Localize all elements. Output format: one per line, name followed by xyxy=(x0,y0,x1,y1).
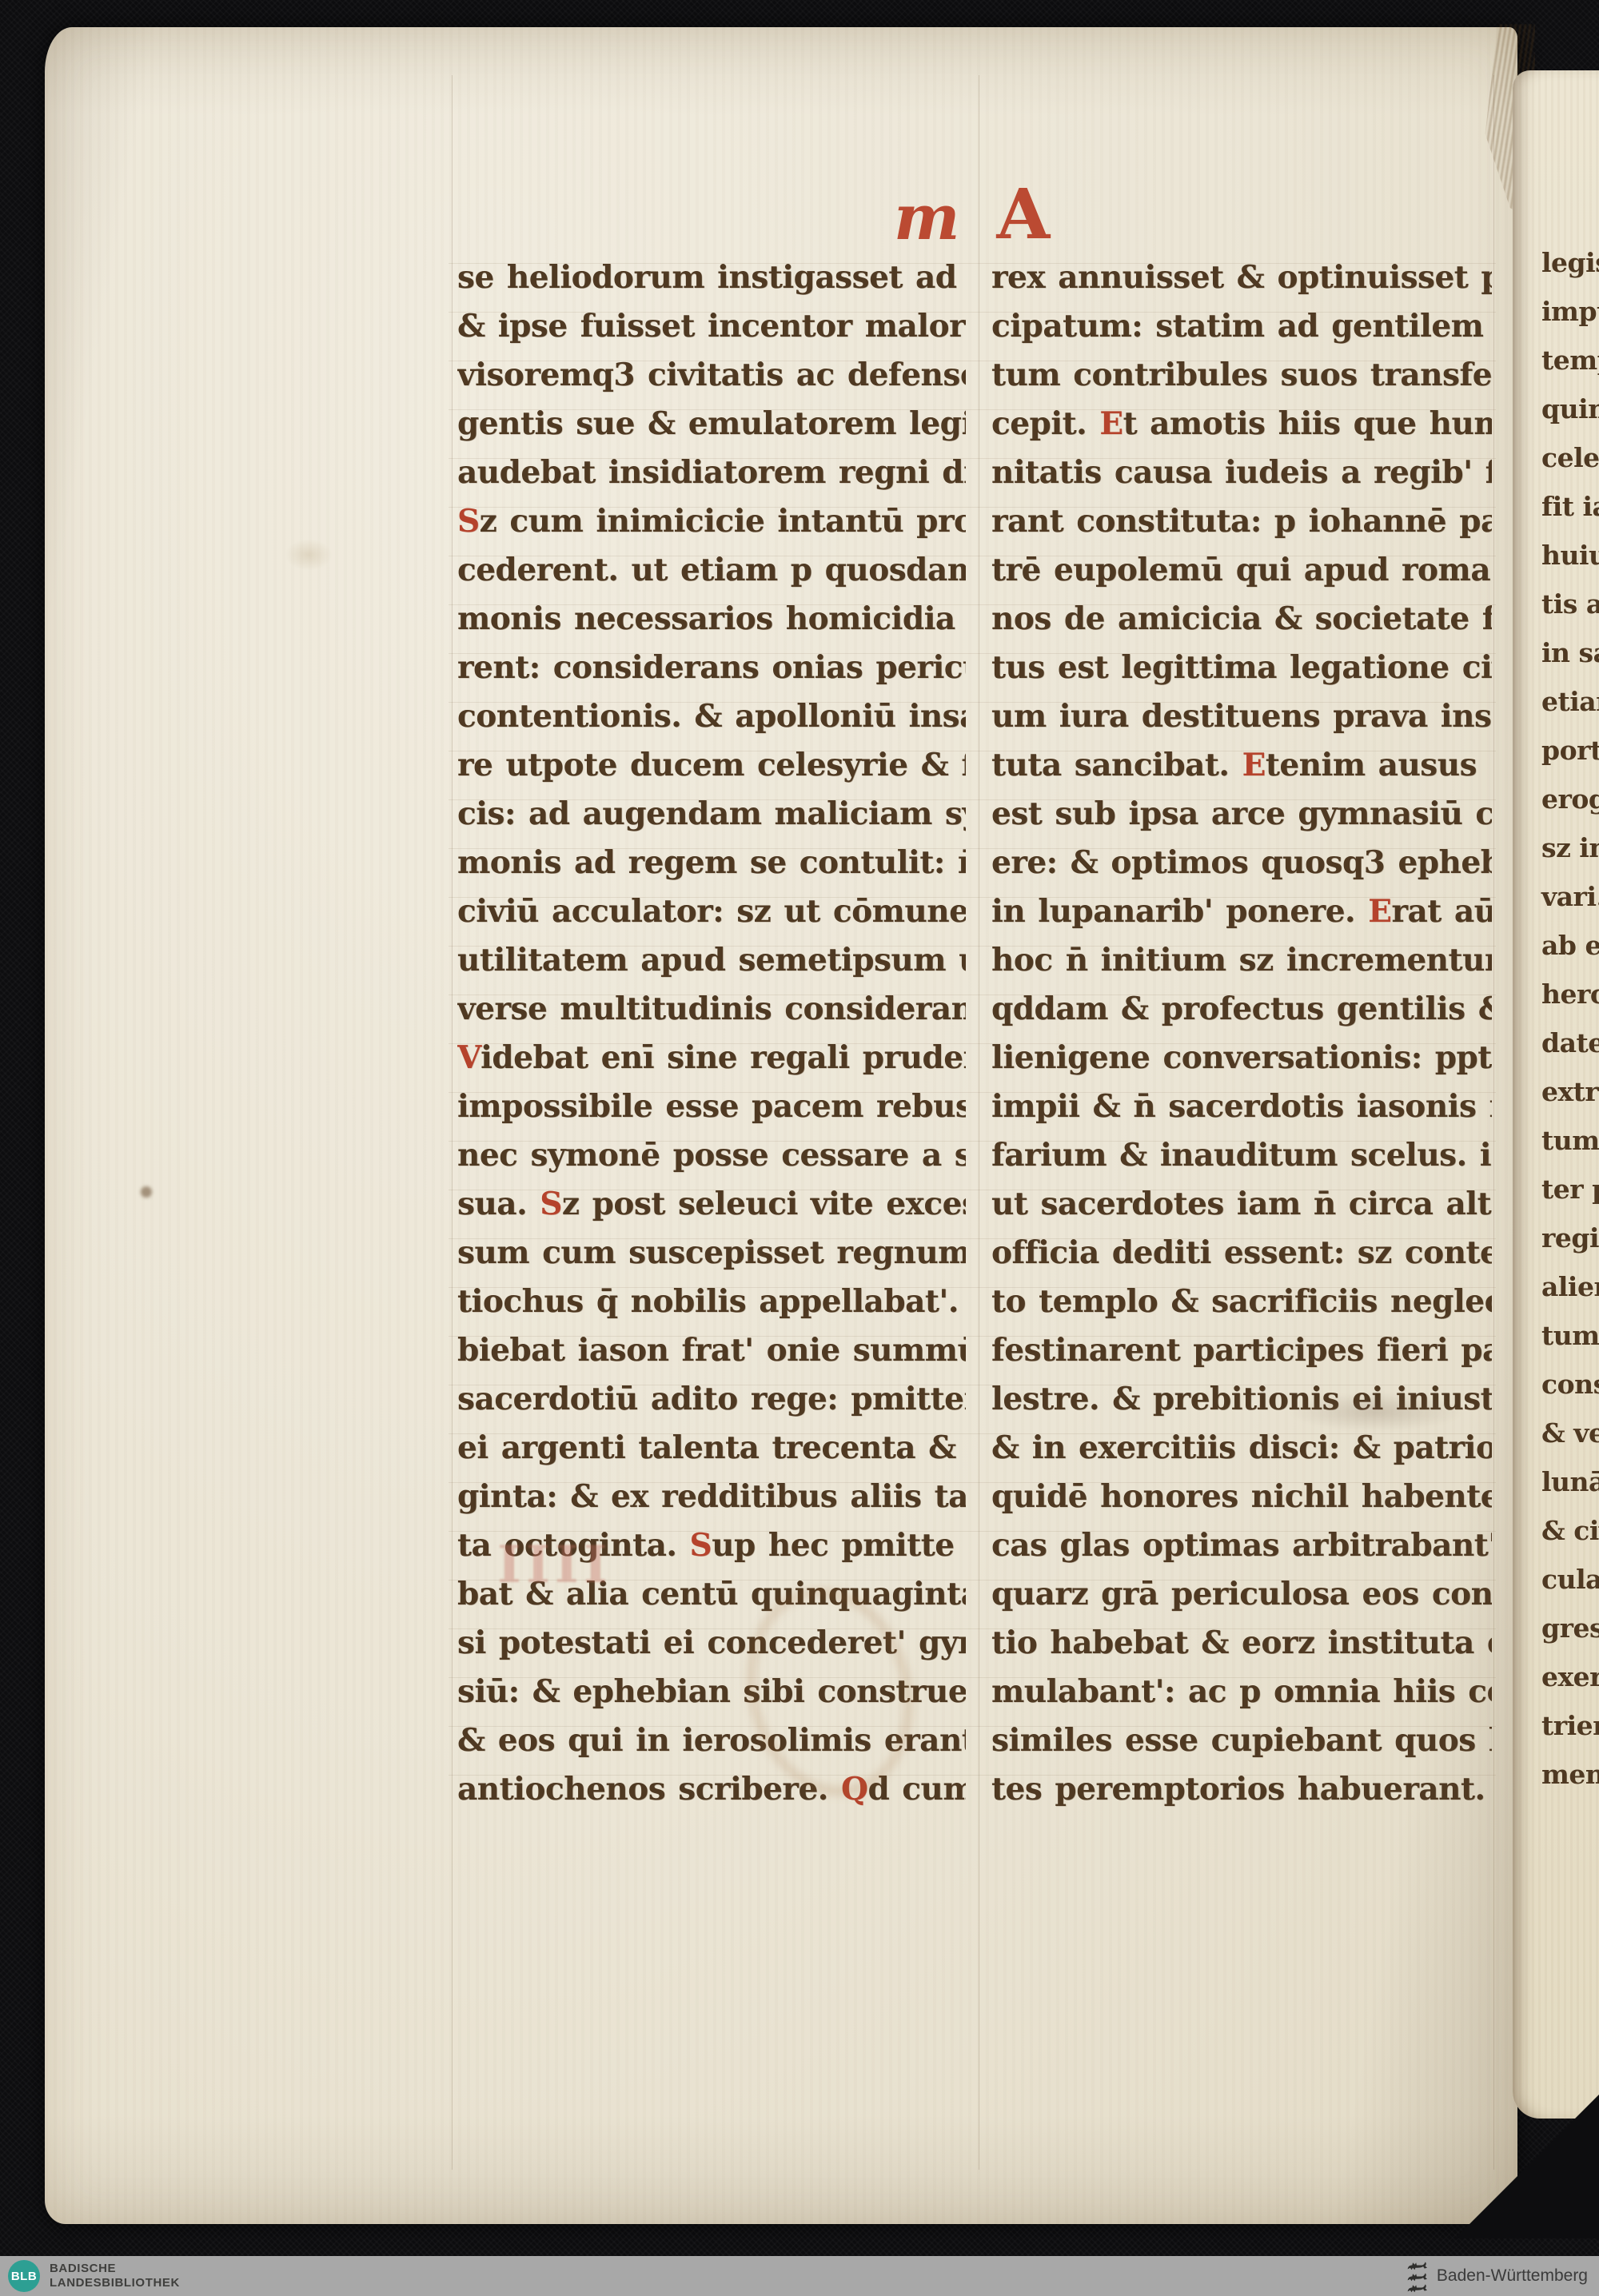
text-line: rant constituta: p iohannē pa xyxy=(991,498,1492,547)
text-line: extremiū xyxy=(1541,1069,1599,1118)
text-line: tum apo xyxy=(1541,1118,1599,1166)
text-line: tio habebat & eorz instituta e xyxy=(991,1620,1492,1668)
text-line: menelaum xyxy=(1541,1752,1599,1800)
text-line: & civitat xyxy=(1541,1508,1599,1557)
text-line: civiū acculator: sz ut cōmunem xyxy=(457,888,966,937)
ruled-gutter-line xyxy=(979,75,979,2170)
text-line: & ipse fuisset incentor malorz. Pro xyxy=(457,303,966,352)
text-line: date sum xyxy=(1541,1020,1599,1069)
text-line: impossibile esse pacem rebus dari: xyxy=(457,1083,966,1132)
text-line: gressus e xyxy=(1541,1605,1599,1654)
text-line: contentionis. & apolloniū insani xyxy=(457,693,966,742)
text-line: etiam r xyxy=(1541,679,1599,727)
text-line: tiochus q̄ nobilis appellabat'. am xyxy=(457,1278,966,1327)
text-line: mulabant': ac p omnia hiis cō xyxy=(991,1668,1492,1717)
text-line: sacerdotiū adito rege: pmittens xyxy=(457,1376,966,1425)
library-name-line1: BADISCHE xyxy=(50,2262,180,2276)
text-line: monis necessarios homicidia fie xyxy=(457,596,966,644)
text-line: cis: ad augendam maliciam sy xyxy=(457,791,966,839)
text-column-right: rex annuisset & optinuisset p'ncipatum: … xyxy=(991,254,1492,1845)
text-line: tum contribules suos transferre xyxy=(991,352,1492,401)
rubricated-initial: S xyxy=(690,1527,712,1564)
text-line: & in exercitiis disci: & patrios xyxy=(991,1425,1492,1473)
text-line: sum cum suscepisset regnum an xyxy=(457,1230,966,1278)
text-line: in sacri xyxy=(1541,630,1599,679)
text-line: consulere xyxy=(1541,1361,1599,1410)
text-line: nec symonē posse cessare a stulticia xyxy=(457,1132,966,1181)
text-line: rex annuisset & optinuisset p'n xyxy=(991,254,1492,303)
text-line: quidē honores nichil habentes gre xyxy=(991,1473,1492,1522)
text-line: triennū te xyxy=(1541,1703,1599,1752)
state-label: Baden-Württemberg xyxy=(1437,2266,1588,2286)
text-line: trē eupolemū qui apud roma xyxy=(991,547,1492,596)
baden-wuerttemberg-logo: Baden-Württemberg xyxy=(1405,2260,1588,2293)
text-line: hoc n̄ initium sz incrementum xyxy=(991,937,1492,986)
text-line: alienū l xyxy=(1541,1264,1599,1313)
ruled-margin-line xyxy=(1493,75,1494,2170)
text-line: sua. Sz post seleuci vite exces xyxy=(457,1181,966,1230)
text-line: biebat iason frat' onie summū xyxy=(457,1327,966,1376)
text-line: legis er xyxy=(1541,240,1599,289)
text-line: impuni xyxy=(1541,289,1599,337)
credit-bar: BLB BADISCHE LANDESBIBLIOTHEK Baden-Würt… xyxy=(0,2256,1599,2296)
text-line: Sz cum inimicicie intantū pro xyxy=(457,498,966,547)
blb-logo-icon: BLB xyxy=(8,2260,40,2292)
text-line: utilitatem apud semetipsum uni xyxy=(457,937,966,986)
text-line: tempus xyxy=(1541,337,1599,386)
running-header-letter-m: m xyxy=(894,187,960,249)
text-line: quinqu xyxy=(1541,386,1599,435)
rubricated-initial: S xyxy=(540,1186,562,1222)
ruled-margin-line xyxy=(452,75,453,2170)
text-line: ginta: & ex redditibus aliis talen xyxy=(457,1473,966,1522)
rubricated-initial: S xyxy=(457,503,480,540)
rubricated-initial: E xyxy=(1099,405,1122,442)
text-line: nos de amicicia & societate func xyxy=(991,596,1492,644)
text-line: farium & inauditum scelus. ita xyxy=(991,1132,1492,1181)
text-line: sz in ali xyxy=(1541,825,1599,874)
text-line: herculis xyxy=(1541,971,1599,1020)
text-line: monis ad regem se contulit: n̄ ut xyxy=(457,839,966,888)
faded-chapter-numeral: IIII xyxy=(497,1535,612,1595)
text-line: vari. S xyxy=(1541,874,1599,923)
speck-stain xyxy=(141,1186,152,1198)
text-line: verse multitudinis considerans. xyxy=(457,986,966,1034)
text-line: ut sacerdotes iam n̄ circa altaris xyxy=(991,1181,1492,1230)
next-page-edge: legis erimpunitempusquinqucelebrattefit … xyxy=(1513,70,1599,2119)
baden-wuerttemberg-coat-of-arms-icon xyxy=(1405,2260,1429,2293)
text-line: tes peremptorios habuerant. In xyxy=(991,1766,1492,1815)
text-line: impii & n̄ sacerdotis iasonis ne xyxy=(991,1083,1492,1132)
library-name: BADISCHE LANDESBIBLIOTHEK xyxy=(50,2262,180,2290)
text-column-left: se heliodorum instigasset ad hec& ipse f… xyxy=(457,254,966,1845)
text-line: fit iason xyxy=(1541,484,1599,532)
text-line: antiochenos scribere. Qd cum xyxy=(457,1766,966,1815)
text-line: visoremq3 civitatis ac defensorem xyxy=(457,352,966,401)
next-page-text-fragments: legis erimpunitempusquinqucelebrattefit … xyxy=(1541,240,1599,1800)
text-line: se heliodorum instigasset ad hec xyxy=(457,254,966,303)
text-line: est sub ipsa arce gymnasiū cōstru xyxy=(991,791,1492,839)
text-line: re utpote ducem celesyrie & feni xyxy=(457,742,966,791)
text-line: cipatum: statim ad gentilem ri xyxy=(991,303,1492,352)
text-line: celebratte xyxy=(1541,435,1599,484)
text-line: nitatis causa iudeis a regib' fue xyxy=(991,449,1492,498)
text-line: Videbat enī sine regali prudentia xyxy=(457,1034,966,1083)
blb-logo: BLB BADISCHE LANDESBIBLIOTHEK xyxy=(8,2260,180,2292)
manuscript-page: m A se heliodorum instigasset ad hec& ip… xyxy=(45,27,1517,2224)
text-line: similes esse cupiebant quos hos xyxy=(991,1717,1492,1766)
text-line: huius r xyxy=(1541,532,1599,581)
text-line: in lupanarib' ponere. Erat aūt xyxy=(991,888,1492,937)
rubricated-initial: V xyxy=(457,1039,480,1076)
text-line: ab eo qu xyxy=(1541,923,1599,971)
bleed-through-smudge xyxy=(1288,1393,1464,1431)
text-line: to templo & sacrificiis neglectis. xyxy=(991,1278,1492,1327)
running-header-letter-a: A xyxy=(997,181,1051,249)
text-line: tus est legittima legatione civi xyxy=(991,644,1492,693)
text-line: audebat insidiatorem regni dicere. xyxy=(457,449,966,498)
text-line: lienigene conversationis: ppter xyxy=(991,1034,1492,1083)
library-name-line2: LANDESBIBLIOTHEK xyxy=(50,2276,180,2290)
text-line: qddam & profectus gentilis & a xyxy=(991,986,1492,1034)
parchment-stain xyxy=(285,539,333,571)
rubricated-initial: E xyxy=(1242,747,1266,783)
text-line: um iura destituens prava insti xyxy=(991,693,1492,742)
text-line: regis: ci xyxy=(1541,1215,1599,1264)
text-line: cepit. Et amotis hiis que huma xyxy=(991,401,1492,449)
text-line: quarz grā periculosa eos conten xyxy=(991,1571,1492,1620)
text-line: tis arge xyxy=(1541,581,1599,630)
text-line: rent: considerans onias periculū xyxy=(457,644,966,693)
running-header: m A xyxy=(894,153,1102,249)
text-line: tuta sancibat. Etenim ausus xyxy=(991,742,1492,791)
text-line: exercitū a xyxy=(1541,1654,1599,1703)
text-line: festinarent participes fieri pa xyxy=(991,1327,1492,1376)
text-line: officia dediti essent: sz contemp xyxy=(991,1230,1492,1278)
text-line: cederent. ut etiam p quosdam sy xyxy=(457,547,966,596)
text-line: portan xyxy=(1541,727,1599,776)
text-line: cas glas optimas arbitrabant'. xyxy=(991,1522,1492,1571)
text-line: tum: p xyxy=(1541,1313,1599,1361)
rubricated-initial: E xyxy=(1368,893,1391,930)
text-line: ter prim xyxy=(1541,1166,1599,1215)
text-line: & venit xyxy=(1541,1410,1599,1459)
text-line: erogare xyxy=(1541,776,1599,825)
text-line: lunā: q xyxy=(1541,1459,1599,1508)
text-line: ei argenti talenta trecenta & sexa xyxy=(457,1425,966,1473)
text-line: gentis sue & emulatorem legis di. xyxy=(457,401,966,449)
text-line: culaz lun xyxy=(1541,1557,1599,1605)
text-line: ere: & optimos quosq3 epheborz xyxy=(991,839,1492,888)
